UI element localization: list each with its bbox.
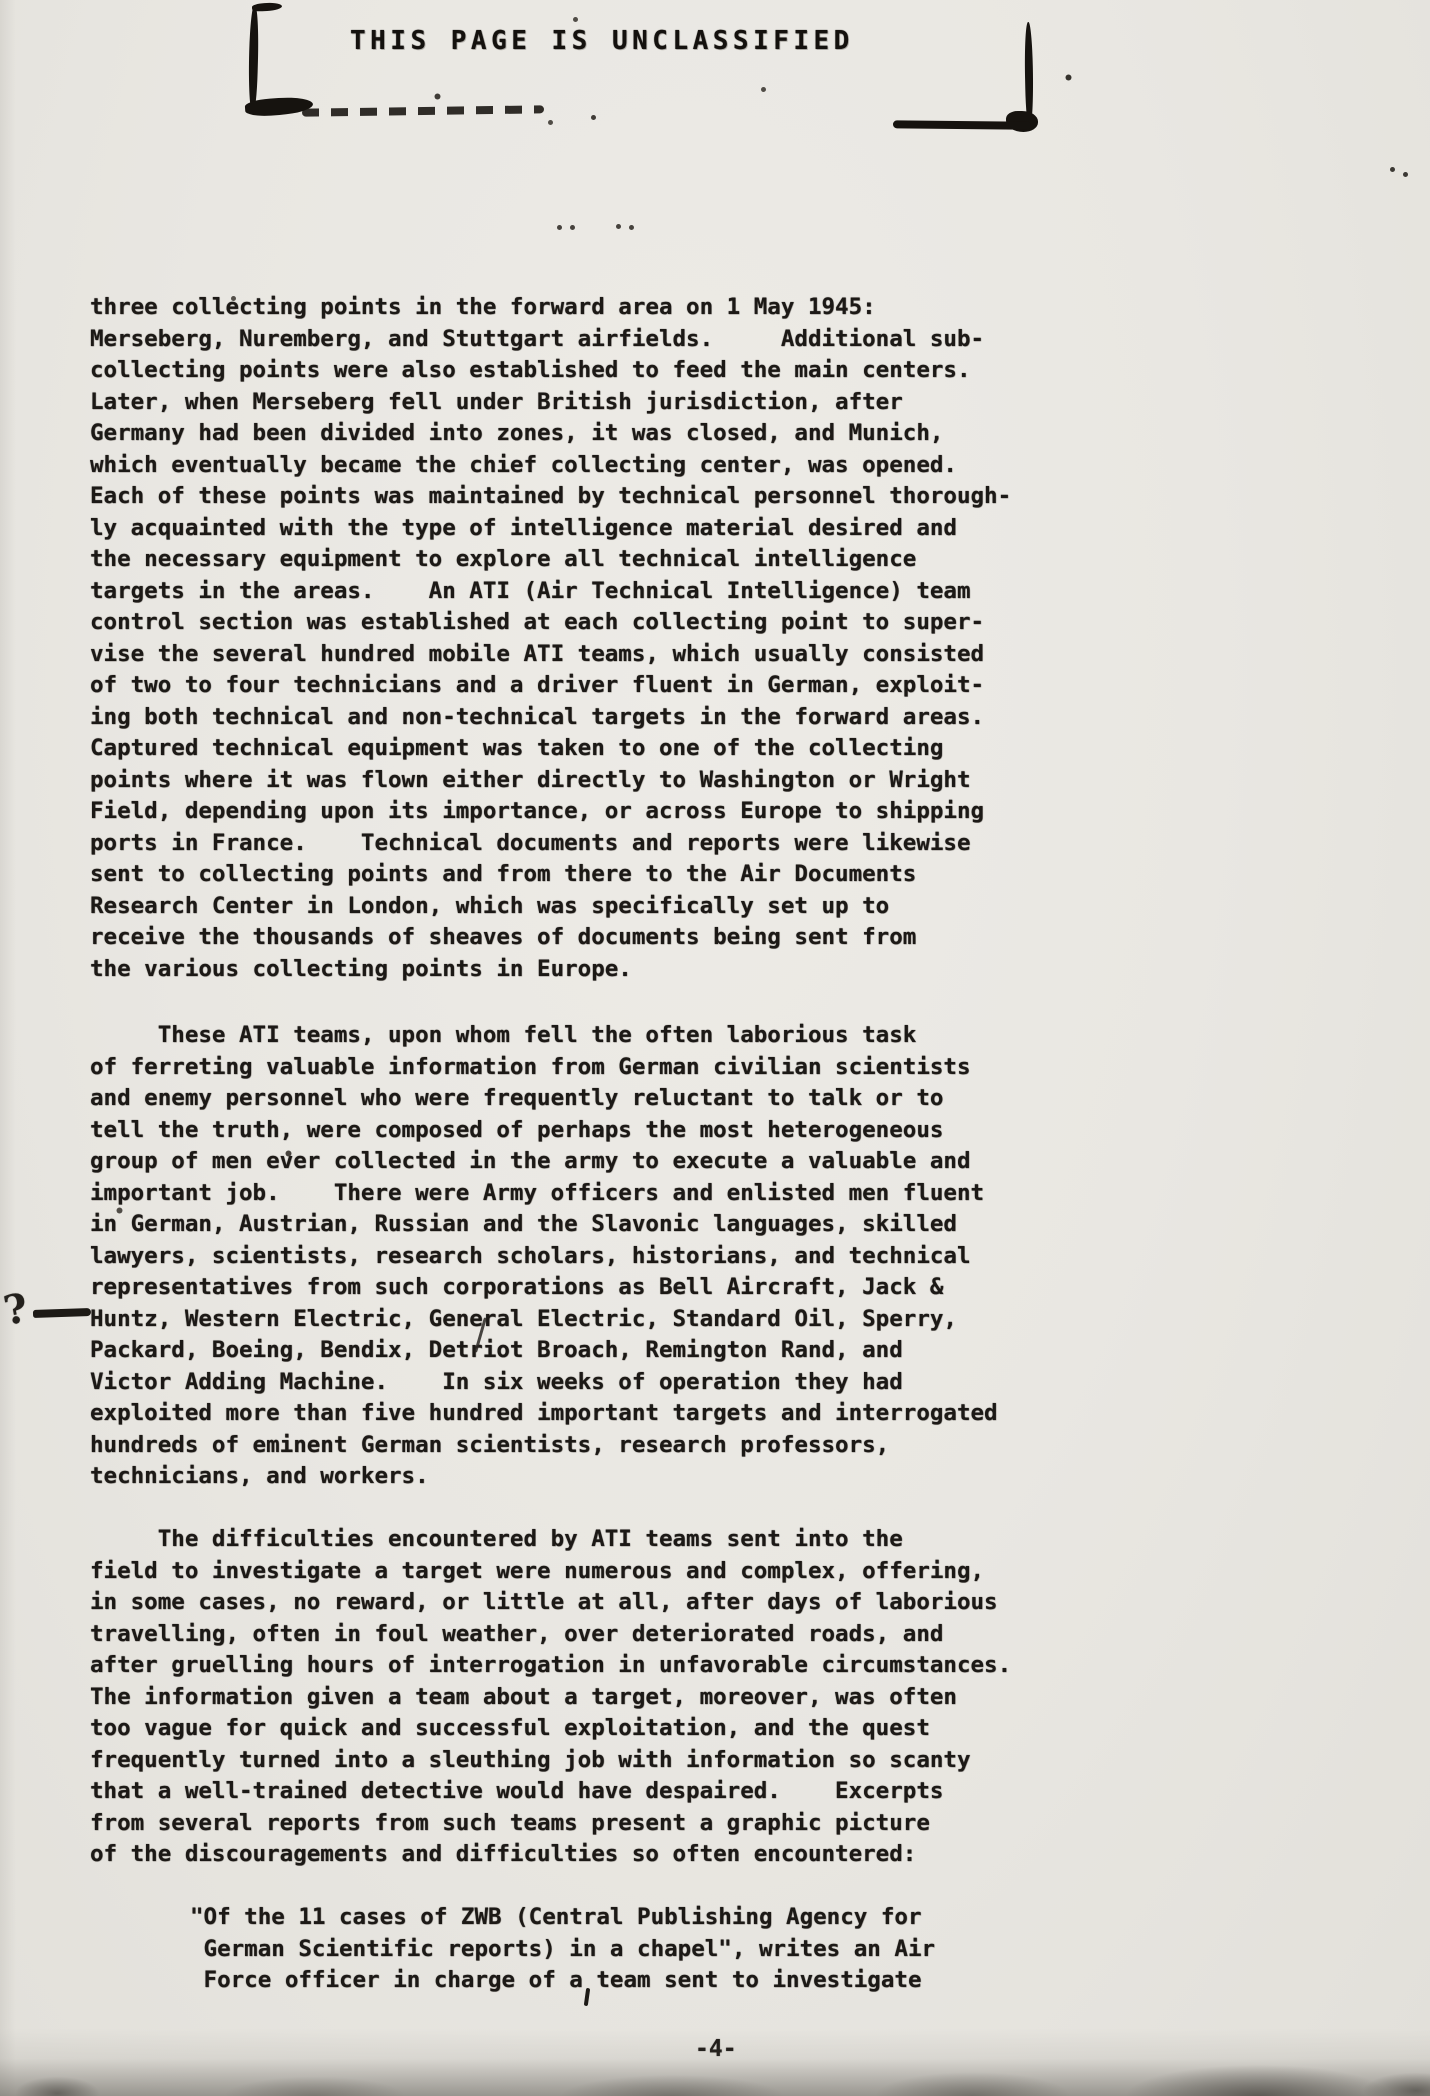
stamp-left-bracket-top-icon [252, 2, 282, 12]
paragraph-3: The difficulties encountered by ATI team… [90, 1524, 1011, 1871]
unclassified-stamp-label: THIS PAGE IS UNCLASSIFIED [350, 26, 854, 56]
block-quote: "Of the 11 cases of ZWB (Central Publish… [190, 1902, 935, 1997]
margin-annotation-dash [33, 1308, 91, 1318]
scan-left-edge-shade [0, 0, 16, 2096]
scan-bottom-edge-band [0, 2028, 1430, 2096]
stamp-bottom-dashed-line [302, 105, 544, 116]
stamp-right-bottom-line [893, 120, 1031, 129]
paragraph-1: three collecting points in the forward a… [90, 292, 1011, 985]
stamp-left-bracket-icon [247, 5, 259, 113]
scanned-document-page: THIS PAGE IS UNCLASSIFIED three collecti… [0, 0, 1430, 2096]
paragraph-2: These ATI teams, upon whom fell the ofte… [90, 1020, 998, 1493]
